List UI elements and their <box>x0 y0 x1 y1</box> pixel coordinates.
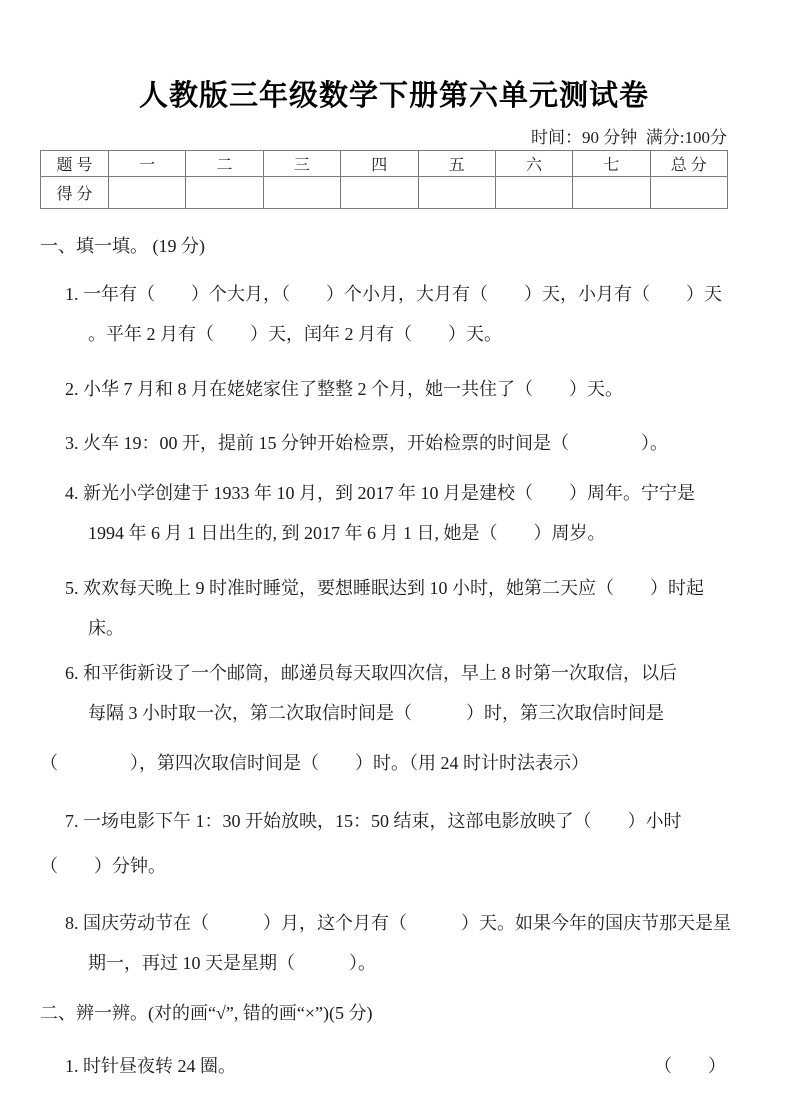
score-table-header-cell: 七 <box>573 151 650 177</box>
score-cell-empty <box>650 177 727 209</box>
question-6-line-2: 每隔 3 小时取一次，第二次取信时间是（ ）时，第三次取信时间是 <box>40 693 748 733</box>
score-table-header-row: 题 号 一 二 三 四 五 六 七 总 分 <box>41 151 728 177</box>
question-5-line-1: 5. 欢欢每天晚上 9 时准时睡觉，要想睡眠达到 10 小时，她第二天应（ ）时… <box>40 568 748 608</box>
question-6-line-1: 6. 和平街新设了一个邮筒，邮递员每天取四次信，早上 8 时第一次取信，以后 <box>40 653 748 693</box>
score-cell-empty <box>263 177 340 209</box>
question-6-line-3: （ ），第四次取信时间是（ ）时。（用 24 时计时法表示） <box>40 743 748 783</box>
section-judge: 二、辨一辨。(对的画“√”, 错的画“×”)(5 分) 1. 时针昼夜转 24 … <box>40 993 748 1086</box>
paper-title: 人教版三年级数学下册第六单元测试卷 <box>40 76 748 116</box>
score-table-header-cell: 二 <box>186 151 263 177</box>
test-paper-page: 人教版三年级数学下册第六单元测试卷 时间：90 分钟 满分:100分 题 号 一… <box>0 76 790 1086</box>
score-row-label: 得 分 <box>41 177 109 209</box>
score-table-score-row: 得 分 <box>41 177 728 209</box>
score-table-header-cell: 总 分 <box>650 151 727 177</box>
score-cell-empty <box>109 177 186 209</box>
judge-question-1-text: 1. 时针昼夜转 24 圈。 <box>40 1046 236 1086</box>
score-cell-empty <box>418 177 495 209</box>
section-fill-heading: 一、填一填。 (19 分) <box>40 226 748 266</box>
judge-question-1-answer-blank: （ ） <box>654 1046 748 1086</box>
question-7-line-1: 7. 一场电影下午 1：30 开始放映，15：50 结束，这部电影放映了（ ）小… <box>40 801 748 841</box>
question-7-line-2: （ ）分钟。 <box>40 846 748 886</box>
score-cell-empty <box>186 177 263 209</box>
section-judge-heading: 二、辨一辨。(对的画“√”, 错的画“×”)(5 分) <box>40 993 748 1033</box>
question-8-line-2: 期一，再过 10 天是星期（ ）。 <box>40 943 748 983</box>
score-table-header-cell: 四 <box>341 151 418 177</box>
score-cell-empty <box>573 177 650 209</box>
score-table-header-cell: 五 <box>418 151 495 177</box>
score-table: 题 号 一 二 三 四 五 六 七 总 分 得 分 <box>40 150 728 209</box>
question-1-line-2: 。平年 2 月有（ ）天，闰年 2 月有（ ）天。 <box>40 314 748 354</box>
score-table-header-cell: 六 <box>495 151 572 177</box>
score-table-header-cell: 题 号 <box>41 151 109 177</box>
section-fill: 一、填一填。 (19 分) 1. 一年有（ ）个大月，（ ）个小月，大月有（ ）… <box>40 226 748 983</box>
question-2: 2. 小华 7 月和 8 月在姥姥家住了整整 2 个月，她一共住了（ ）天。 <box>40 369 748 409</box>
score-table-header-cell: 一 <box>109 151 186 177</box>
time-score-note: 时间：90 分钟 满分:100分 <box>40 126 748 150</box>
question-5-line-2: 床。 <box>40 608 748 648</box>
judge-question-1: 1. 时针昼夜转 24 圈。 （ ） <box>40 1046 748 1086</box>
question-8-line-1: 8. 国庆劳动节在（ ）月，这个月有（ ）天。如果今年的国庆节那天是星 <box>40 903 748 943</box>
question-1-line-1: 1. 一年有（ ）个大月，（ ）个小月，大月有（ ）天，小月有（ ）天 <box>40 274 748 314</box>
question-3: 3. 火车 19：00 开，提前 15 分钟开始检票，开始检票的时间是（ ）。 <box>40 423 748 463</box>
score-cell-empty <box>341 177 418 209</box>
score-table-header-cell: 三 <box>263 151 340 177</box>
score-cell-empty <box>495 177 572 209</box>
question-4-line-2: 1994 年 6 月 1 日出生的, 到 2017 年 6 月 1 日, 她是（… <box>40 513 748 553</box>
question-4-line-1: 4. 新光小学创建于 1933 年 10 月，到 2017 年 10 月是建校（… <box>40 473 748 513</box>
